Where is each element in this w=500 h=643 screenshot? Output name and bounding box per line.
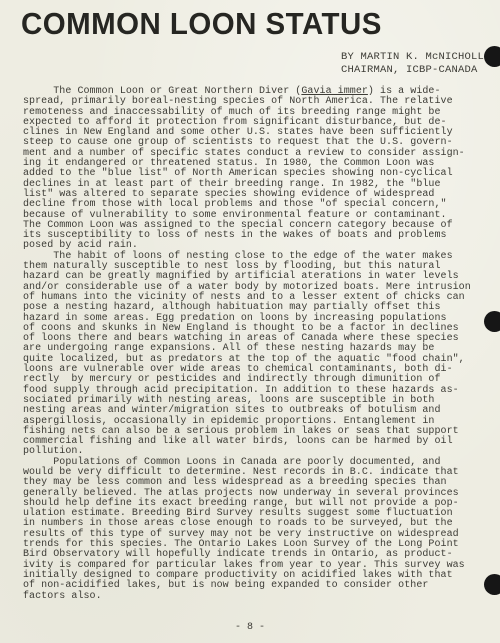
article-body: The Common Loon or Great Northern Diver … [23, 87, 471, 602]
hole-punch-dot-middle [484, 311, 500, 332]
hole-punch-dot-bottom [484, 574, 500, 595]
byline: BY MARTIN K. McNICHOLL CHAIRMAN, ICBP-CA… [341, 51, 484, 76]
page-title: COMMON LOON STATUS [21, 6, 382, 42]
byline-role: CHAIRMAN, ICBP-CANADA [341, 64, 484, 77]
page-number: - 8 - [0, 622, 500, 633]
hole-punch-dot-top [484, 46, 500, 67]
byline-author: BY MARTIN K. McNICHOLL [341, 51, 484, 64]
document-page: COMMON LOON STATUS BY MARTIN K. McNICHOL… [0, 0, 500, 643]
